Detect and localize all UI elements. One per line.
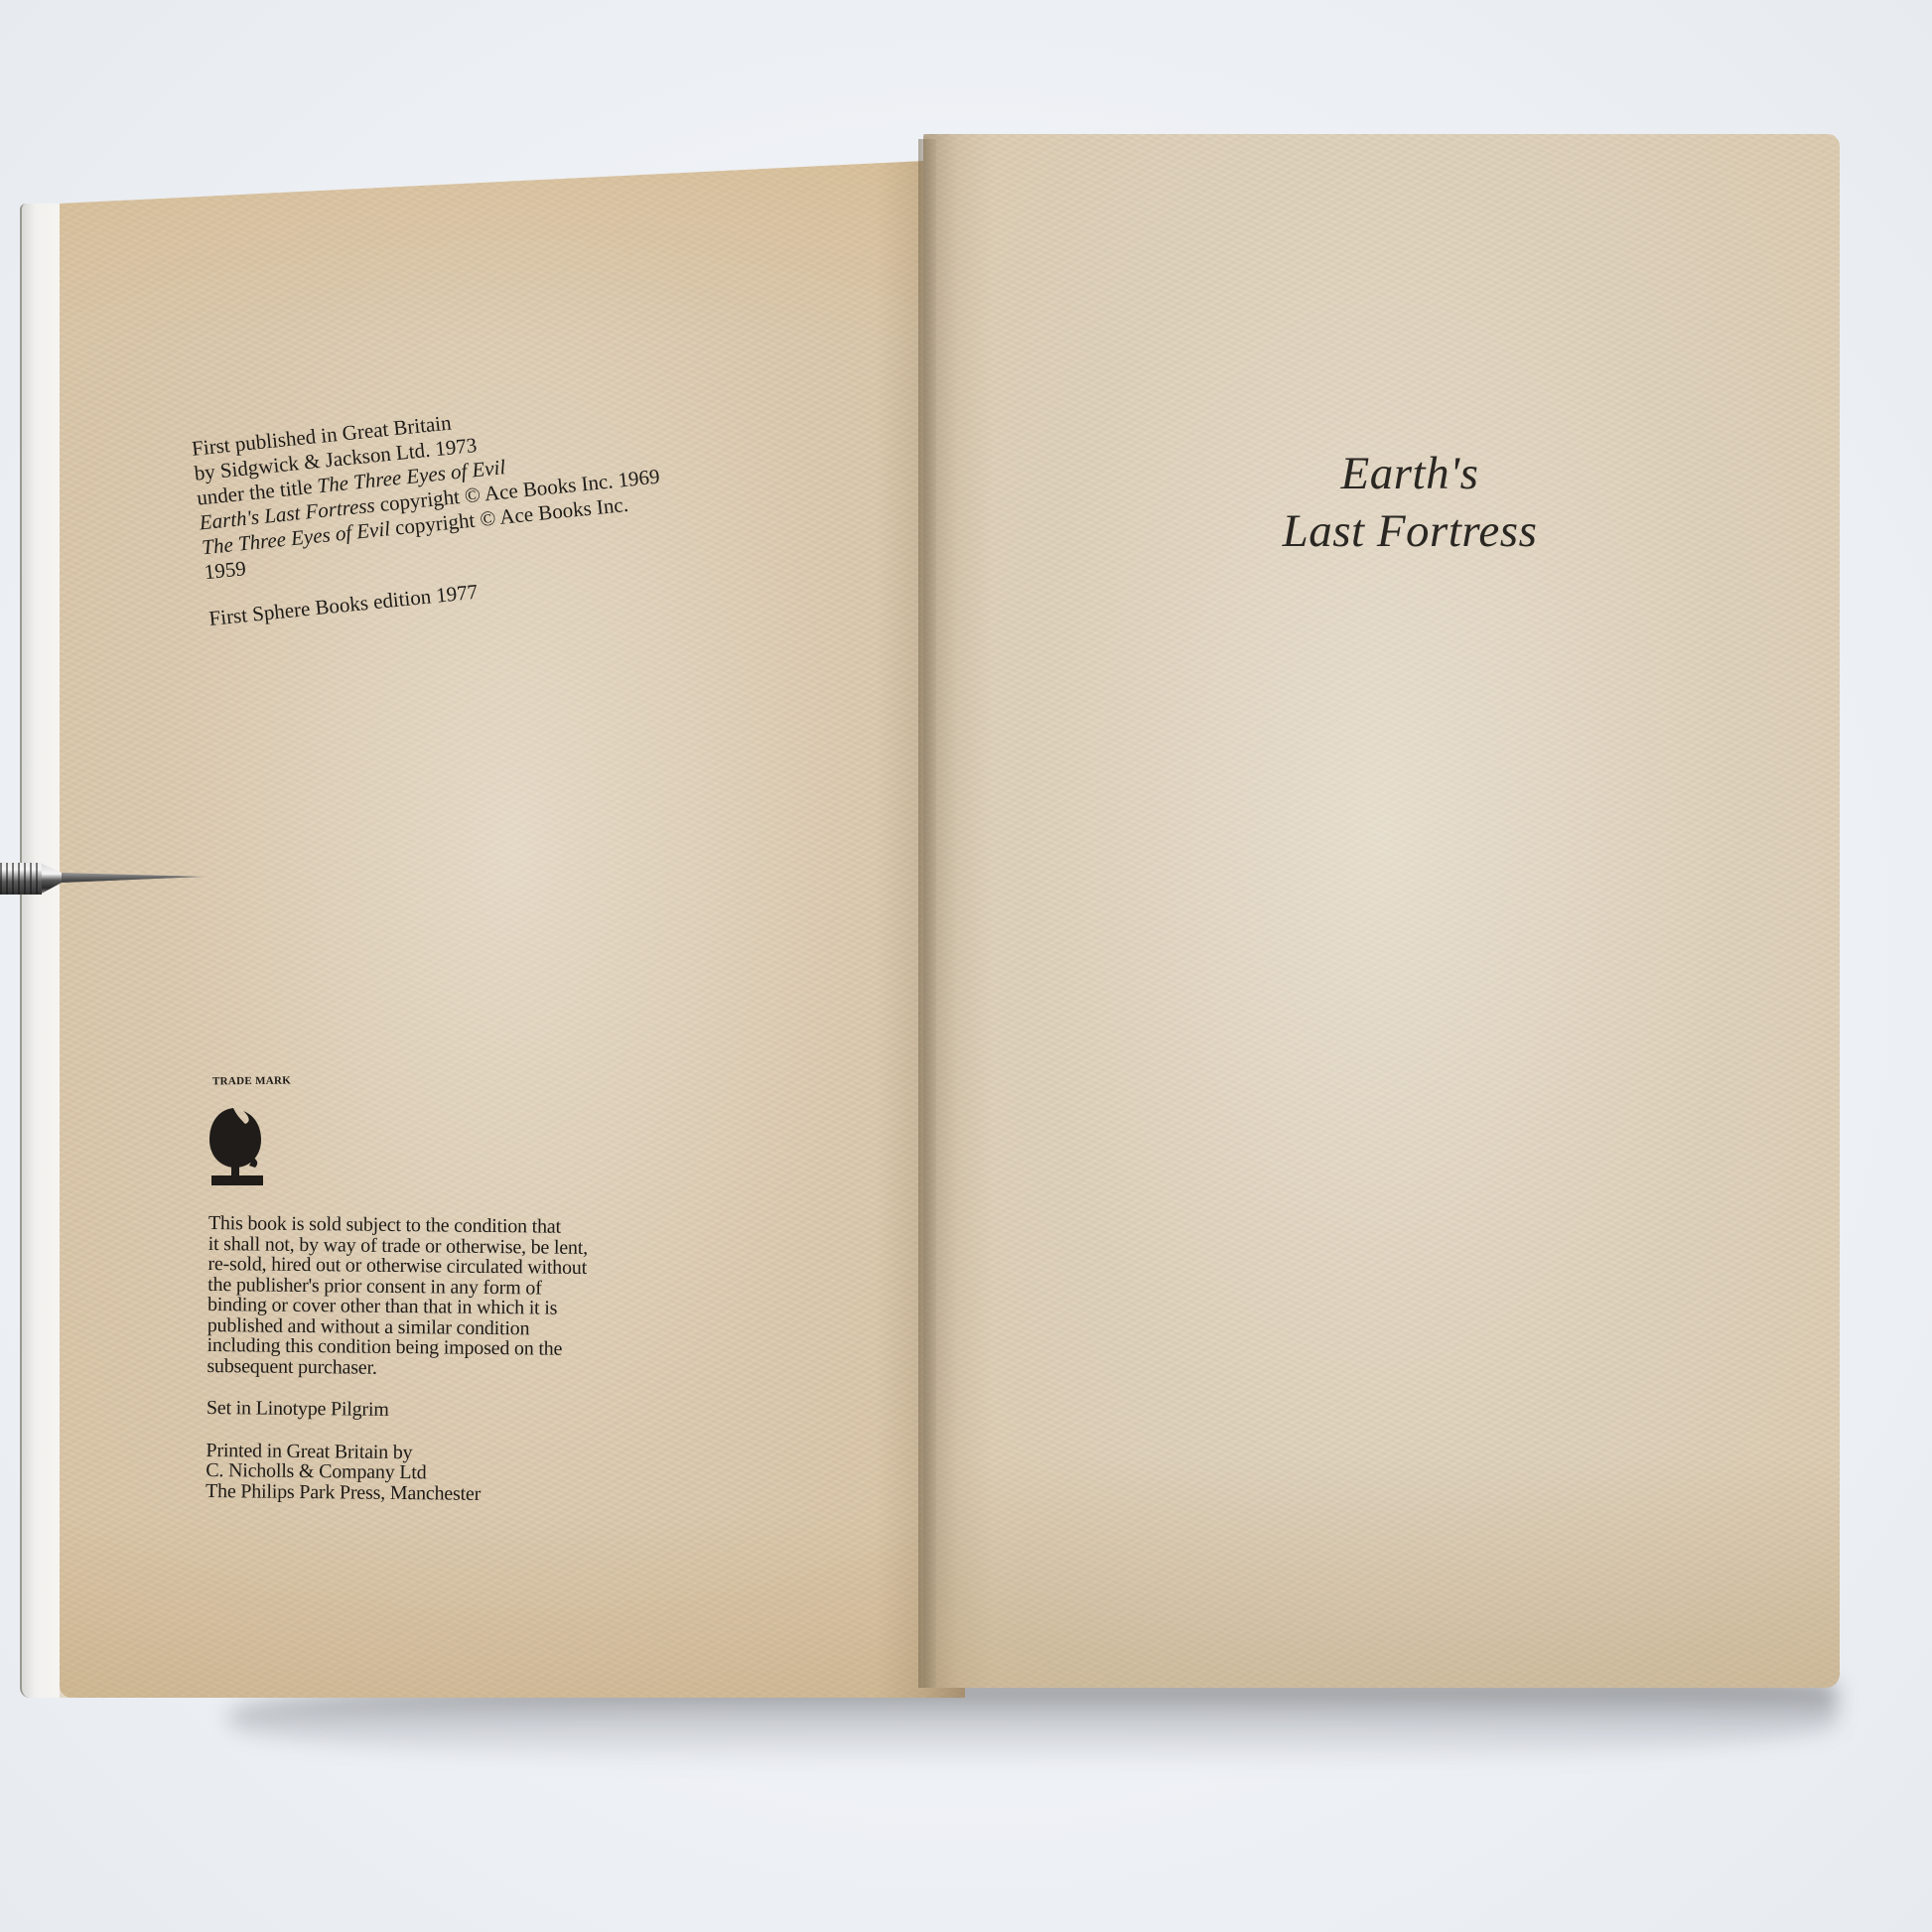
right-page: [923, 134, 1840, 1688]
half-title: Earth's Last Fortress: [1201, 445, 1618, 560]
trademark-label: TRADE MARK: [212, 1075, 291, 1088]
title-line-1: Earth's: [1201, 445, 1618, 502]
pointer-probe-icon: [0, 849, 208, 908]
title-line-2: Last Fortress: [1201, 502, 1618, 560]
photo-scene: First published in Great Britain by Sidg…: [0, 0, 1932, 1932]
sale-conditions: This book is sold subject to the conditi…: [206, 1213, 695, 1506]
condition-line: subsequent purchaser.: [207, 1355, 693, 1381]
book-gutter: [918, 139, 936, 1688]
typeset-note: Set in Linotype Pilgrim: [207, 1398, 693, 1424]
sphere-globe-logo-icon: [206, 1102, 267, 1189]
